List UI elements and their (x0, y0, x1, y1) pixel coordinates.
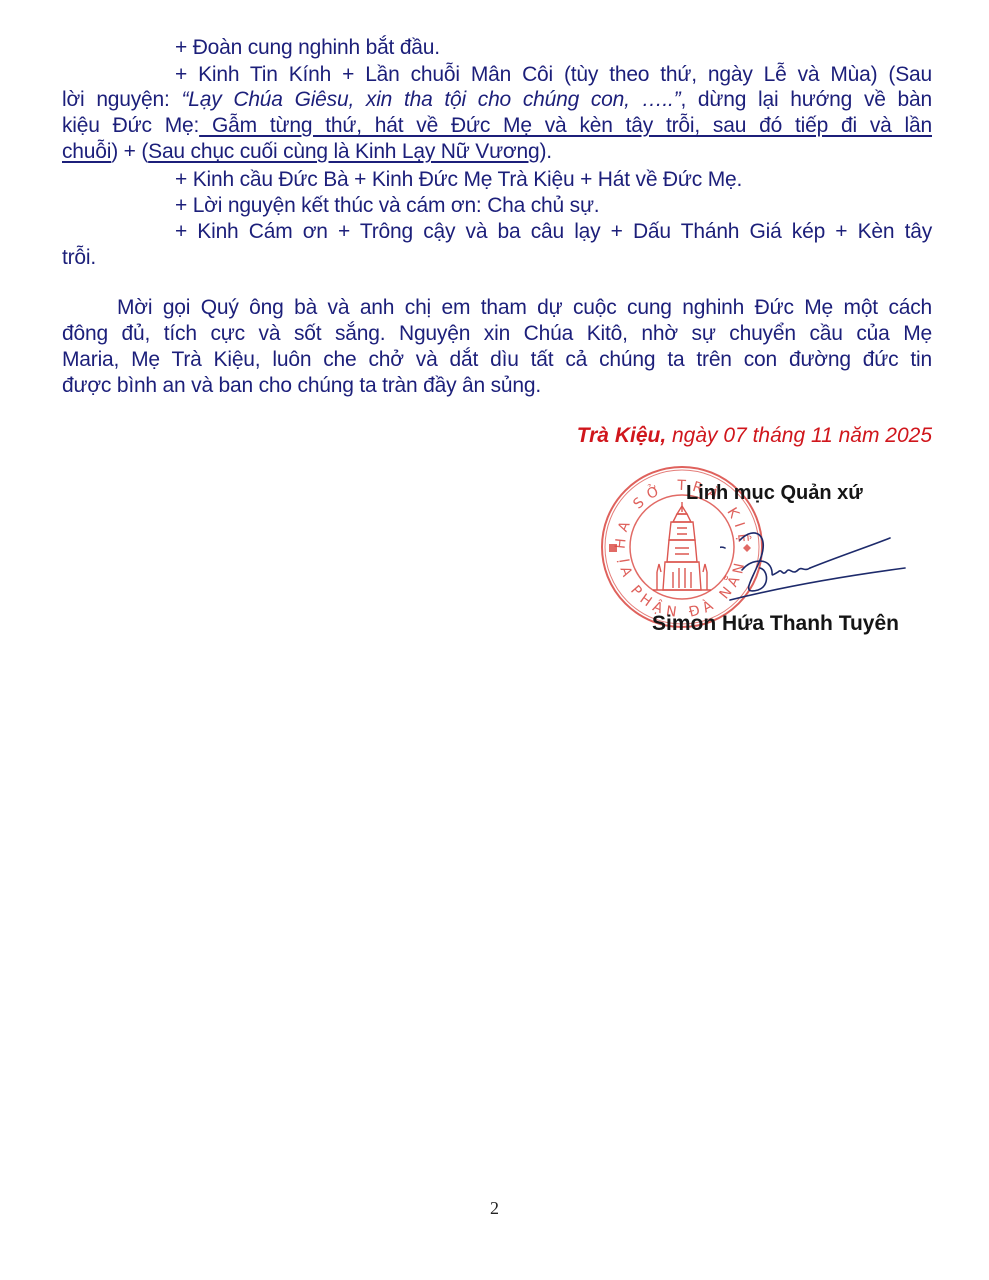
invitation-line: Mời gọi Quý ông bà và anh chị em tham dự… (117, 295, 932, 321)
program-item-creed-rosary-cont2: kiệu Đức Mẹ: Gẫm từng thứ, hát về Đức Mẹ… (62, 113, 932, 139)
program-item-thanksgiving-cont: trỗi. (62, 245, 96, 271)
program-item-litany: + Kinh cầu Đức Bà + Kinh Đức Mẹ Trà Kiệu… (175, 167, 742, 193)
underlined-instruction-2: Sau chục cuối cùng là Kinh Lạy Nữ Vương (148, 140, 539, 163)
underlined-instruction: Gẫm từng thứ, hát về Đức Mẹ và kèn tây t… (199, 114, 932, 137)
invitation-line: được bình an và ban cho chúng ta tràn đầ… (62, 373, 541, 399)
page-number: 2 (0, 1198, 989, 1219)
signatory-name: Simon Hứa Thanh Tuyên (652, 612, 899, 636)
date-text: ngày 07 tháng 11 năm 2025 (666, 424, 932, 447)
program-item-creed-rosary: + Kinh Tin Kính + Lần chuỗi Mân Côi (tùy… (175, 62, 932, 88)
program-item-creed-rosary-cont1: lời nguyện: “Lạy Chúa Giêsu, xin tha tội… (62, 87, 932, 113)
program-item-thanksgiving: + Kinh Cám ơn + Trông cậy và ba câu lạy … (175, 219, 932, 245)
quoted-prayer: “Lạy Chúa Giêsu, xin tha tội cho chúng c… (181, 88, 680, 111)
program-item-closing-prayer: + Lời nguyện kết thúc và cám ơn: Cha chủ… (175, 193, 599, 219)
date-line: Trà Kiệu, ngày 07 tháng 11 năm 2025 (577, 424, 932, 448)
invitation-line: Maria, Mẹ Trà Kiệu, luôn che chở và dắt … (62, 347, 932, 373)
invitation-line: đông đủ, tích cực và sốt sắng. Nguyện xi… (62, 321, 932, 347)
date-place: Trà Kiệu, (577, 424, 666, 447)
program-item-creed-rosary-cont3: chuỗi) + (Sau chục cuối cùng là Kinh Lạy… (62, 139, 932, 165)
program-item-procession-start: + Đoàn cung nghinh bắt đầu. (175, 35, 440, 61)
document-page: + Đoàn cung nghinh bắt đầu. + Kinh Tin K… (0, 0, 989, 1280)
signature-title: Linh mục Quản xứ (686, 482, 863, 505)
handwritten-signature-icon (720, 520, 920, 620)
